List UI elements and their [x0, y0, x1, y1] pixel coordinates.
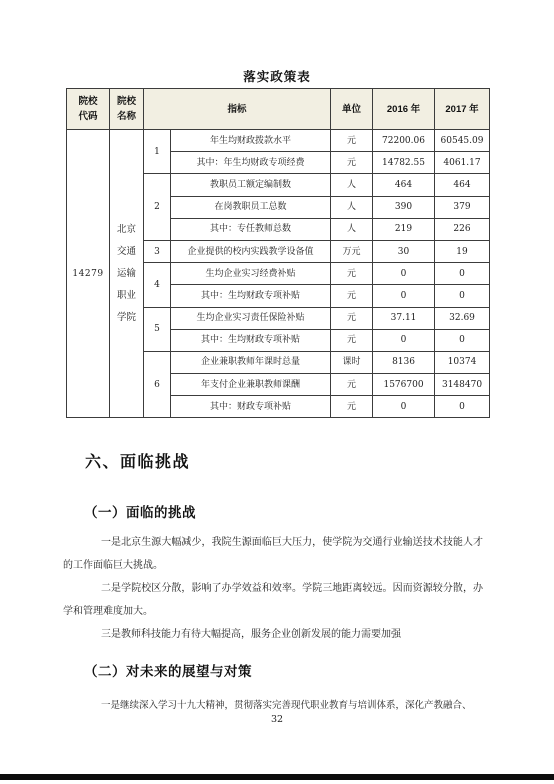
value-2017-cell: 0 [435, 329, 490, 351]
value-2016-cell: 14782.55 [373, 152, 435, 174]
table-title: 落实政策表 [0, 67, 554, 85]
unit-cell: 元 [331, 285, 373, 307]
subsection-heading-outlook: （二）对未来的展望与对策 [84, 660, 252, 680]
unit-cell: 元 [331, 130, 373, 152]
value-2016-cell: 1576700 [373, 374, 435, 396]
value-2016-cell: 0 [373, 263, 435, 285]
header-year-2016: 2016 年 [373, 89, 435, 130]
value-2017-cell: 10374 [435, 351, 490, 373]
value-2017-cell: 0 [435, 285, 490, 307]
paragraph-2: 二是学院校区分散，影响了办学效益和效率。学院三地距离较远。因而资源较分散，办学和… [63, 577, 483, 623]
value-2017-cell: 19 [435, 240, 490, 262]
value-2016-cell: 72200.06 [373, 130, 435, 152]
header-institution-name: 院校名称 [110, 89, 144, 130]
value-2016-cell: 219 [373, 218, 435, 240]
indicator-cell: 其中：财政专项补贴 [171, 396, 331, 418]
indicator-cell: 生均企业实习经费补贴 [171, 263, 331, 285]
value-2017-cell: 60545.09 [435, 130, 490, 152]
value-2017-cell: 0 [435, 263, 490, 285]
value-2017-cell: 32.69 [435, 307, 490, 329]
indicator-cell: 年生均财政拨款水平 [171, 130, 331, 152]
section-heading-challenges: 六、面临挑战 [85, 449, 190, 472]
group-number-cell: 2 [144, 174, 171, 241]
value-2017-cell: 379 [435, 196, 490, 218]
value-2016-cell: 0 [373, 396, 435, 418]
unit-cell: 人 [331, 174, 373, 196]
value-2016-cell: 0 [373, 329, 435, 351]
group-number-cell: 4 [144, 263, 171, 307]
value-2016-cell: 8136 [373, 351, 435, 373]
group-number-cell: 5 [144, 307, 171, 351]
unit-cell: 元 [331, 374, 373, 396]
value-2017-cell: 0 [435, 396, 490, 418]
unit-cell: 万元 [331, 240, 373, 262]
unit-cell: 元 [331, 152, 373, 174]
table-row: 14279 北京交通运输职业学院 1 年生均财政拨款水平 元 72200.06 … [67, 130, 490, 152]
paragraph-3: 三是教师科技能力有待大幅提高，服务企业创新发展的能力需要加强 [63, 623, 483, 646]
indicator-cell: 其中：专任教师总数 [171, 218, 331, 240]
value-2017-cell: 3148470 [435, 374, 490, 396]
subsection-heading-challenges-faced: （一）面临的挑战 [84, 501, 196, 521]
value-2016-cell: 390 [373, 196, 435, 218]
indicator-cell: 其中：生均财政专项补贴 [171, 285, 331, 307]
group-number-cell: 6 [144, 351, 171, 418]
unit-cell: 人 [331, 218, 373, 240]
indicator-cell: 教职员工额定编制数 [171, 174, 331, 196]
paragraph-1: 一是北京生源大幅减少，我院生源面临巨大压力，使学院为交通行业输送技术技能人才的工… [63, 531, 483, 577]
indicator-cell: 企业提供的校内实践教学设备值 [171, 240, 331, 262]
institution-code-cell: 14279 [67, 130, 110, 418]
value-2017-cell: 464 [435, 174, 490, 196]
header-year-2017: 2017 年 [435, 89, 490, 130]
value-2017-cell: 4061.17 [435, 152, 490, 174]
unit-cell: 元 [331, 329, 373, 351]
indicator-cell: 其中：生均财政专项补贴 [171, 329, 331, 351]
unit-cell: 人 [331, 196, 373, 218]
unit-cell: 元 [331, 396, 373, 418]
institution-name-cell: 北京交通运输职业学院 [110, 130, 144, 418]
indicator-cell: 生均企业实习责任保险补贴 [171, 307, 331, 329]
indicator-cell: 企业兼职教师年课时总量 [171, 351, 331, 373]
policy-table: 院校代码 院校名称 指标 单位 2016 年 2017 年 14279 北京交通… [66, 88, 490, 418]
value-2016-cell: 464 [373, 174, 435, 196]
value-2016-cell: 37.11 [373, 307, 435, 329]
value-2017-cell: 226 [435, 218, 490, 240]
group-number-cell: 1 [144, 130, 171, 174]
table-header-row: 院校代码 院校名称 指标 单位 2016 年 2017 年 [67, 89, 490, 130]
challenges-paragraphs: 一是北京生源大幅减少，我院生源面临巨大压力，使学院为交通行业输送技术技能人才的工… [63, 531, 483, 646]
indicator-cell: 在岗教职员工总数 [171, 196, 331, 218]
indicator-cell: 年支付企业兼职教师课酬 [171, 374, 331, 396]
indicator-cell: 其中：年生均财政专项经费 [171, 152, 331, 174]
unit-cell: 元 [331, 263, 373, 285]
value-2016-cell: 0 [373, 285, 435, 307]
group-number-cell: 3 [144, 240, 171, 262]
unit-cell: 课时 [331, 351, 373, 373]
page-number: 32 [0, 714, 554, 725]
header-unit: 单位 [331, 89, 373, 130]
unit-cell: 元 [331, 307, 373, 329]
header-indicator: 指标 [144, 89, 331, 130]
document-page: 落实政策表 院校代码 院校名称 指标 单位 2016 年 2017 年 1427… [0, 0, 554, 784]
bottom-edge-bar [0, 774, 554, 780]
header-institution-code: 院校代码 [67, 89, 110, 130]
value-2016-cell: 30 [373, 240, 435, 262]
